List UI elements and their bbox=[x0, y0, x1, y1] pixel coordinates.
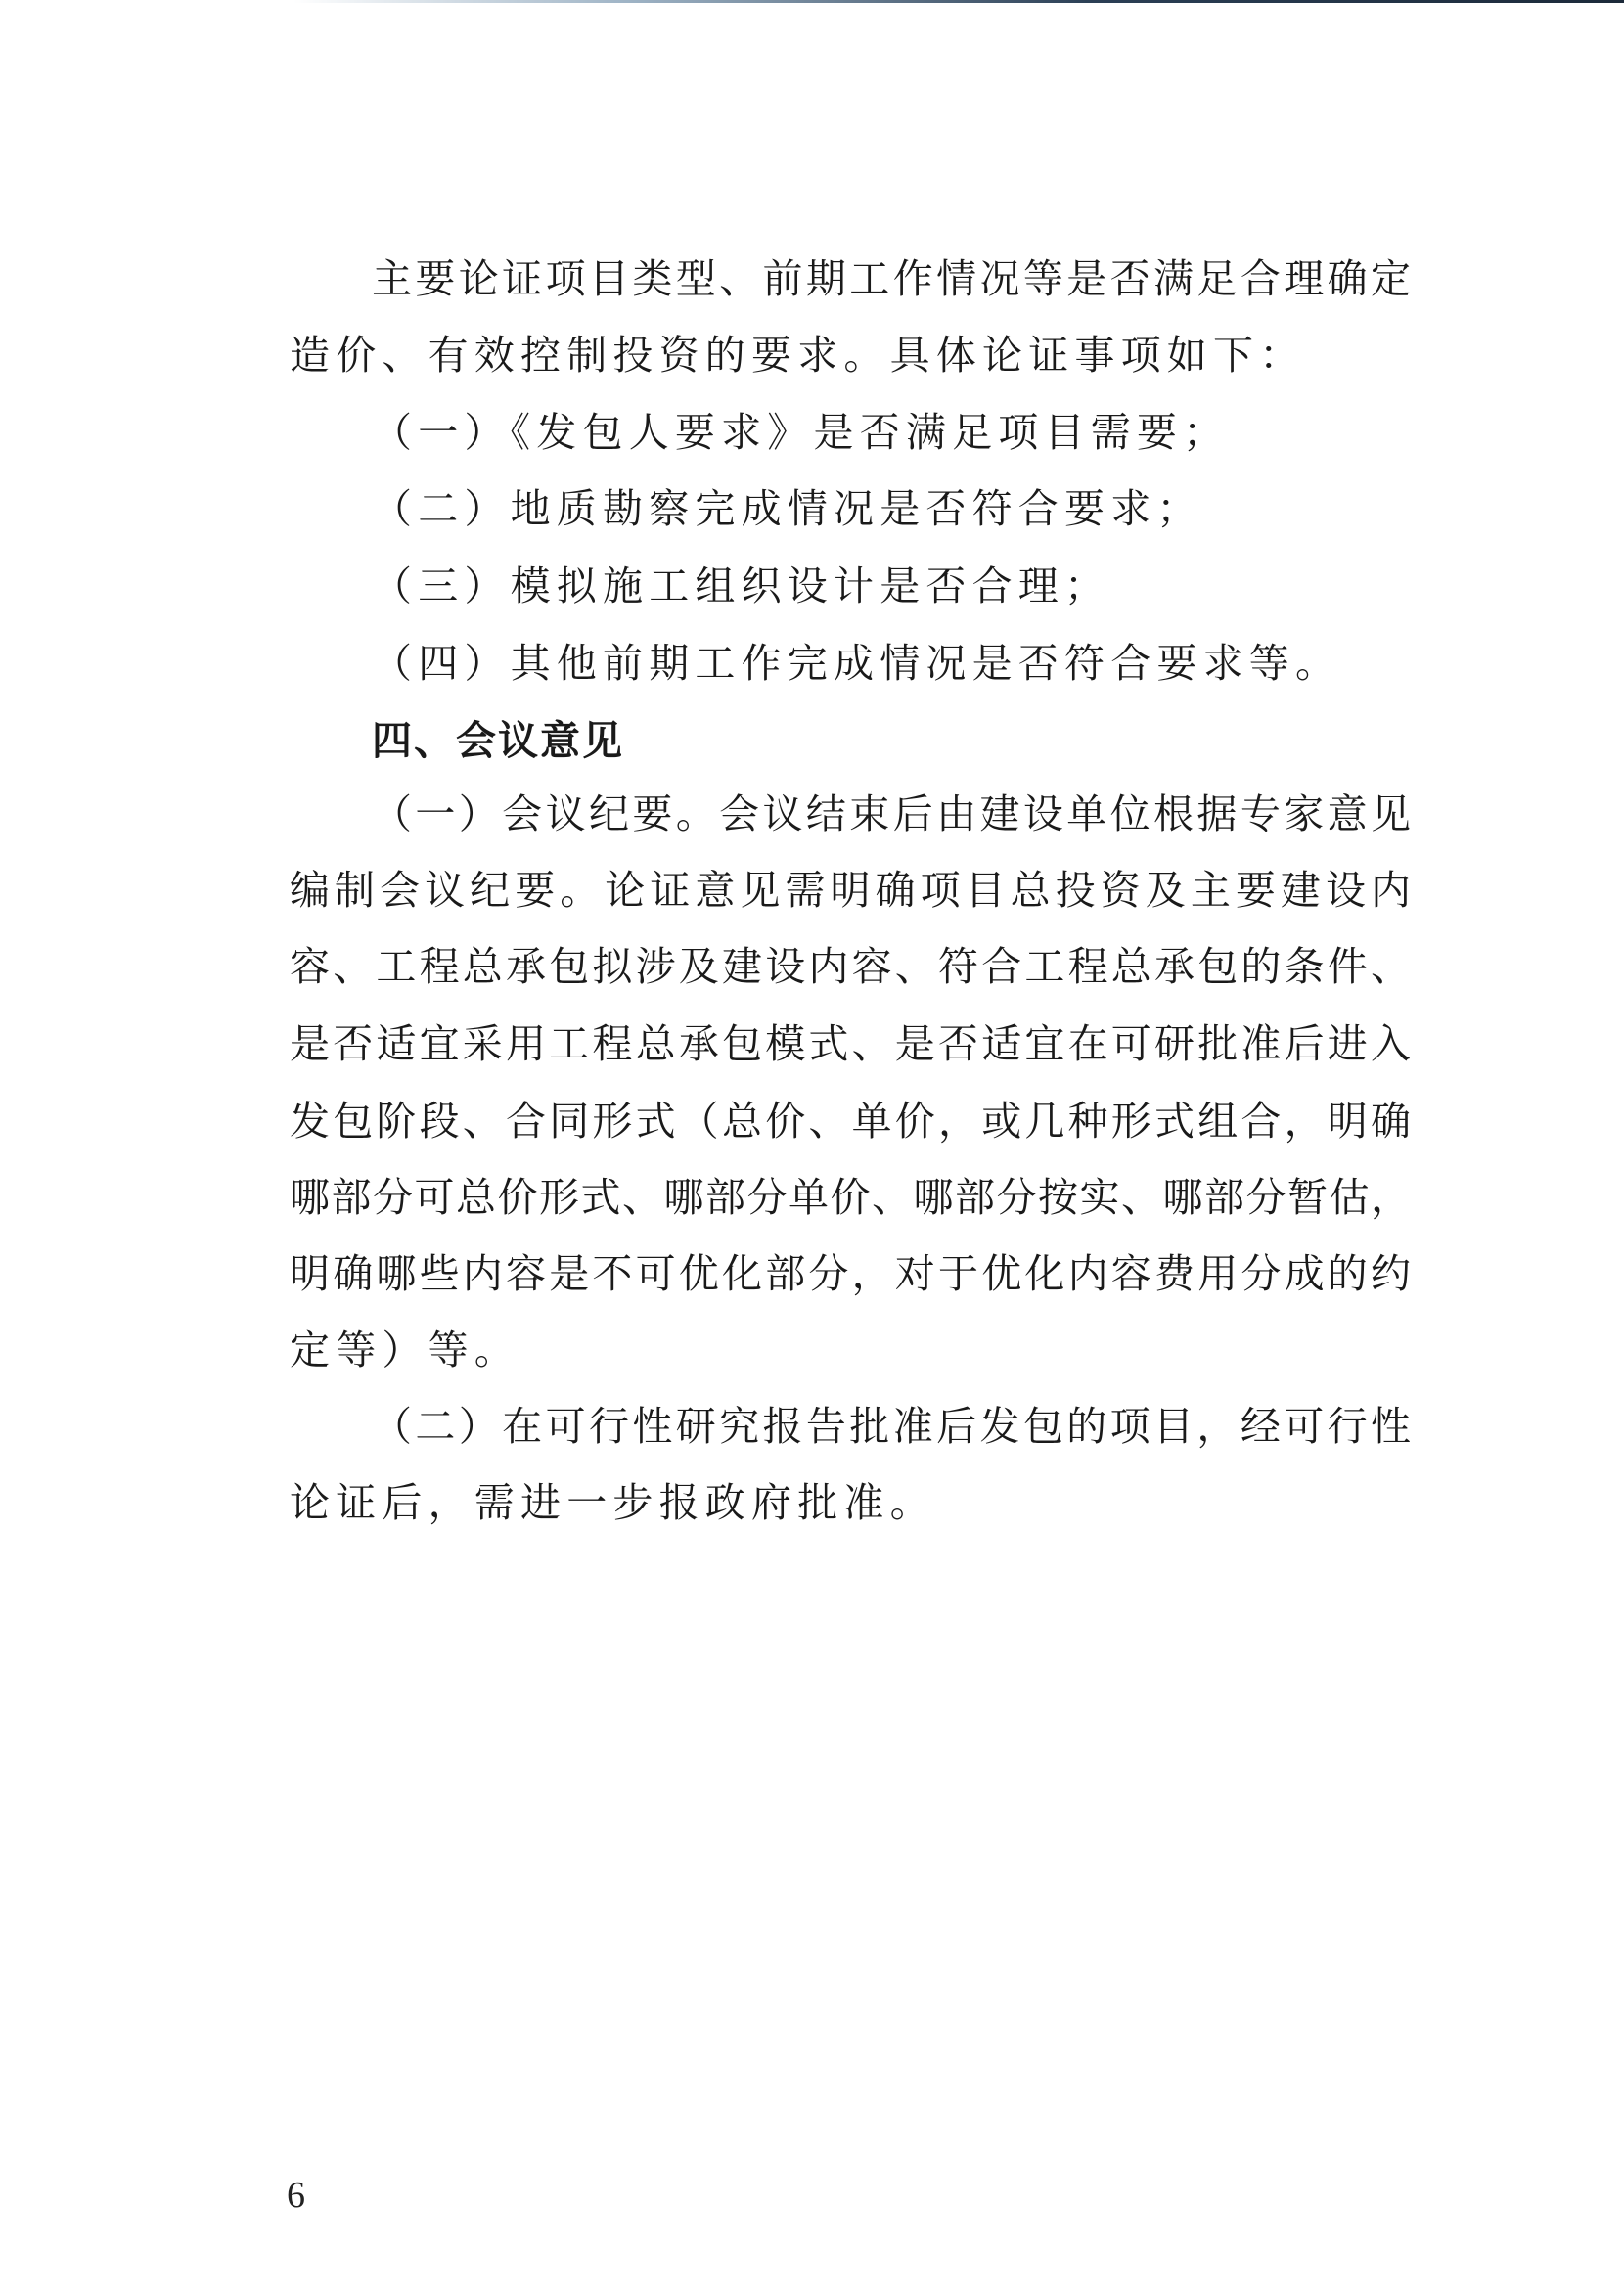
paragraph-line: （一）会议纪要。会议结束后由建设单位根据专家意见 bbox=[372, 785, 1411, 843]
intro-line-2: 造价、有效控制投资的要求。具体论证事项如下： bbox=[290, 326, 1411, 384]
page-number: 6 bbox=[287, 2174, 305, 2217]
list-item: （三）模拟施工组织设计是否合理； bbox=[372, 557, 1411, 615]
intro-line-1: 主要论证项目类型、前期工作情况等是否满足合理确定 bbox=[372, 249, 1411, 308]
list-item: （二）地质勘察完成情况是否符合要求； bbox=[372, 479, 1411, 538]
paragraph-line: 容、工程总承包拟涉及建设内容、符合工程总承包的条件、 bbox=[290, 937, 1411, 996]
paragraph-line: 哪部分可总价形式、哪部分单价、哪部分按实、哪部分暂估， bbox=[290, 1168, 1411, 1227]
paragraph-line: 明确哪些内容是不可优化部分，对于优化内容费用分成的约 bbox=[290, 1244, 1411, 1303]
section-heading: 四、会议意见 bbox=[372, 711, 1411, 770]
paragraph-line: 编制会议纪要。论证意见需明确项目总投资及主要建设内 bbox=[290, 861, 1411, 920]
paragraph-line: 发包阶段、合同形式（总价、单价，或几种形式组合，明确 bbox=[290, 1092, 1411, 1150]
paragraph-line: 是否适宜采用工程总承包模式、是否适宜在可研批准后进入 bbox=[290, 1014, 1411, 1073]
scan-top-edge bbox=[293, 0, 1624, 3]
list-item: （一）《发包人要求》是否满足项目需要； bbox=[372, 403, 1411, 462]
paragraph-line: 论证后，需进一步报政府批准。 bbox=[290, 1473, 1411, 1532]
list-item: （四）其他前期工作完成情况是否符合要求等。 bbox=[372, 634, 1411, 693]
paragraph-line: （二）在可行性研究报告批准后发包的项目，经可行性 bbox=[372, 1397, 1411, 1456]
paragraph-line: 定等）等。 bbox=[290, 1321, 1411, 1379]
